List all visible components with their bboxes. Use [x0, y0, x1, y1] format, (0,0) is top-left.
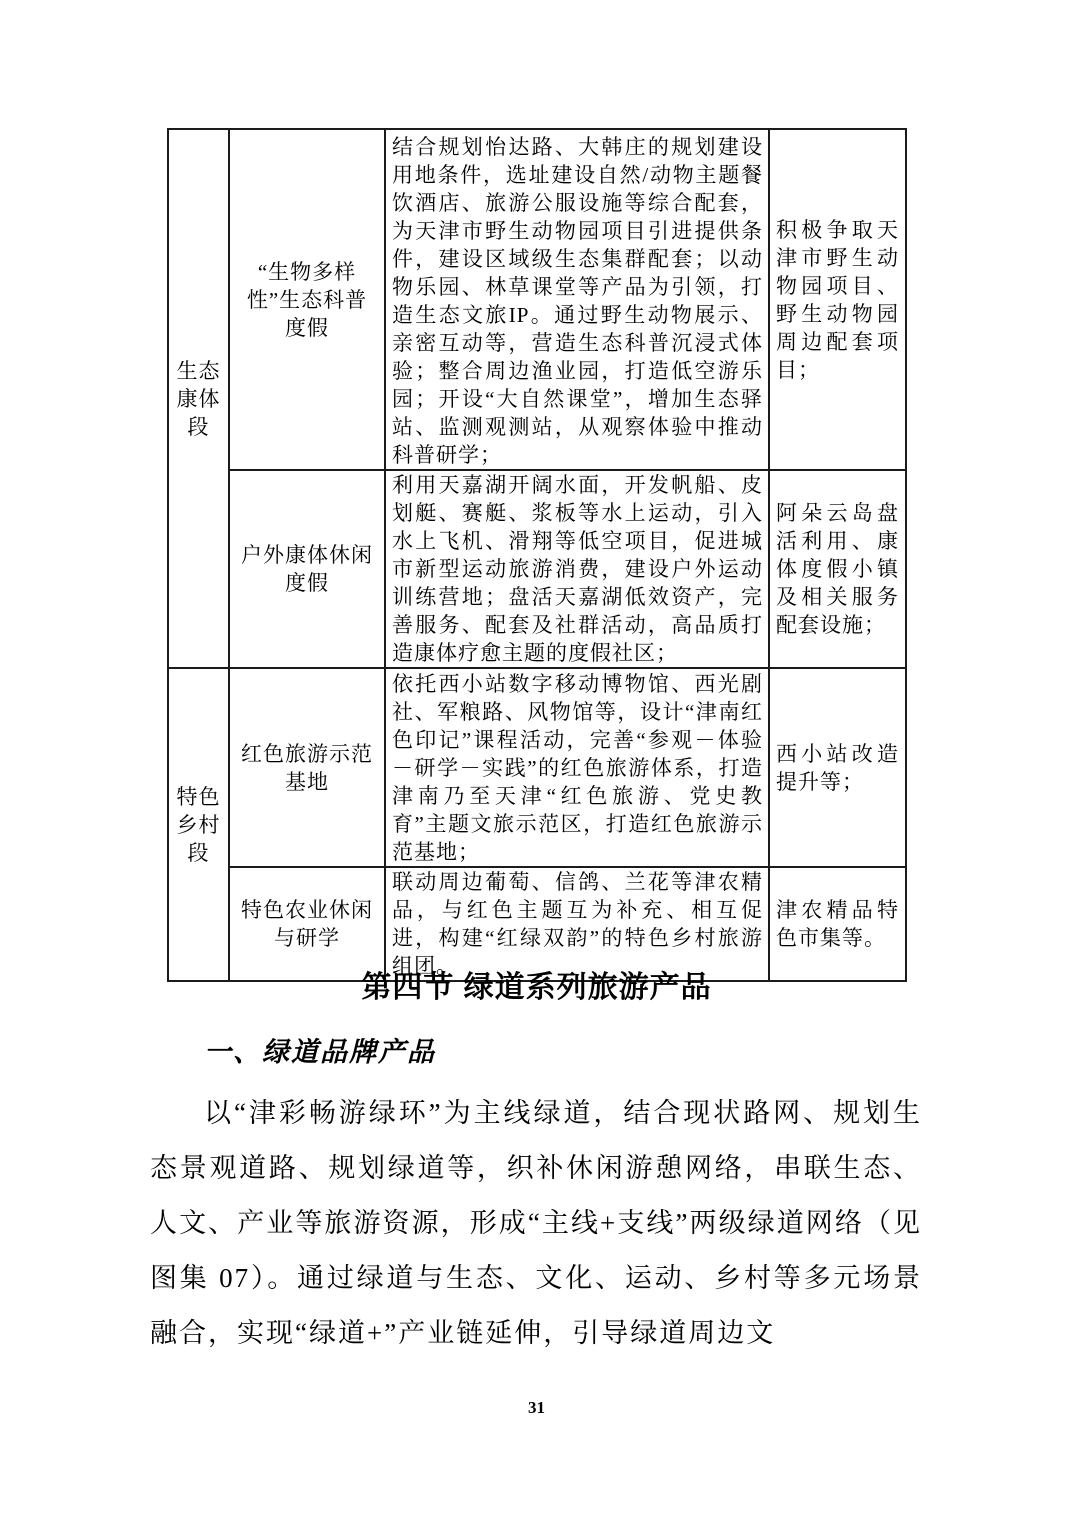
body-paragraph: 以“津彩畅游绿环”为主线绿道，结合现状路网、规划生态景观道路、规划绿道等，织补休…	[150, 1086, 922, 1361]
product-note-cell: 积极争取天津市野生动物园项目、野生动物园周边配套项目；	[769, 129, 906, 470]
page-number: 31	[0, 1398, 1073, 1418]
product-description-cell: 结合规划怡达路、大韩庄的规划建设用地条件，选址建设自然/动物主题餐饮酒店、旅游公…	[385, 129, 769, 470]
section-heading: 第四节 绿道系列旅游产品	[0, 962, 1073, 1006]
table-row: 户外康体休闲度假 利用天嘉湖开阔水面，开发帆船、皮划艇、赛艇、浆板等水上运动，引…	[168, 470, 906, 668]
section-cell-eco-wellness: 生态康体段	[168, 129, 229, 668]
product-note-cell: 西小站改造提升等；	[769, 668, 906, 867]
subsection-heading: 一、绿道品牌产品	[150, 1030, 925, 1069]
product-note-cell: 阿朵云岛盘活利用、康体度假小镇及相关服务配套设施；	[769, 470, 906, 668]
product-label-cell: 红色旅游示范基地	[229, 668, 385, 867]
table-row: 生态康体段 “生物多样性”生态科普度假 结合规划怡达路、大韩庄的规划建设用地条件…	[168, 129, 906, 470]
product-label-cell: 户外康体休闲度假	[229, 470, 385, 668]
section-cell-rural-features: 特色乡村段	[168, 668, 229, 981]
table-row: 特色乡村段 红色旅游示范基地 依托西小站数字移动博物馆、西光剧社、军粮路、风物馆…	[168, 668, 906, 867]
document-page: 生态康体段 “生物多样性”生态科普度假 结合规划怡达路、大韩庄的规划建设用地条件…	[0, 0, 1073, 1519]
product-label-cell: “生物多样性”生态科普度假	[229, 129, 385, 470]
product-description-cell: 利用天嘉湖开阔水面，开发帆船、皮划艇、赛艇、浆板等水上运动，引入水上飞机、滑翔等…	[385, 470, 769, 668]
product-description-cell: 依托西小站数字移动博物馆、西光剧社、军粮路、风物馆等，设计“津南红色印记”课程活…	[385, 668, 769, 867]
tourism-product-table: 生态康体段 “生物多样性”生态科普度假 结合规划怡达路、大韩庄的规划建设用地条件…	[167, 128, 907, 982]
